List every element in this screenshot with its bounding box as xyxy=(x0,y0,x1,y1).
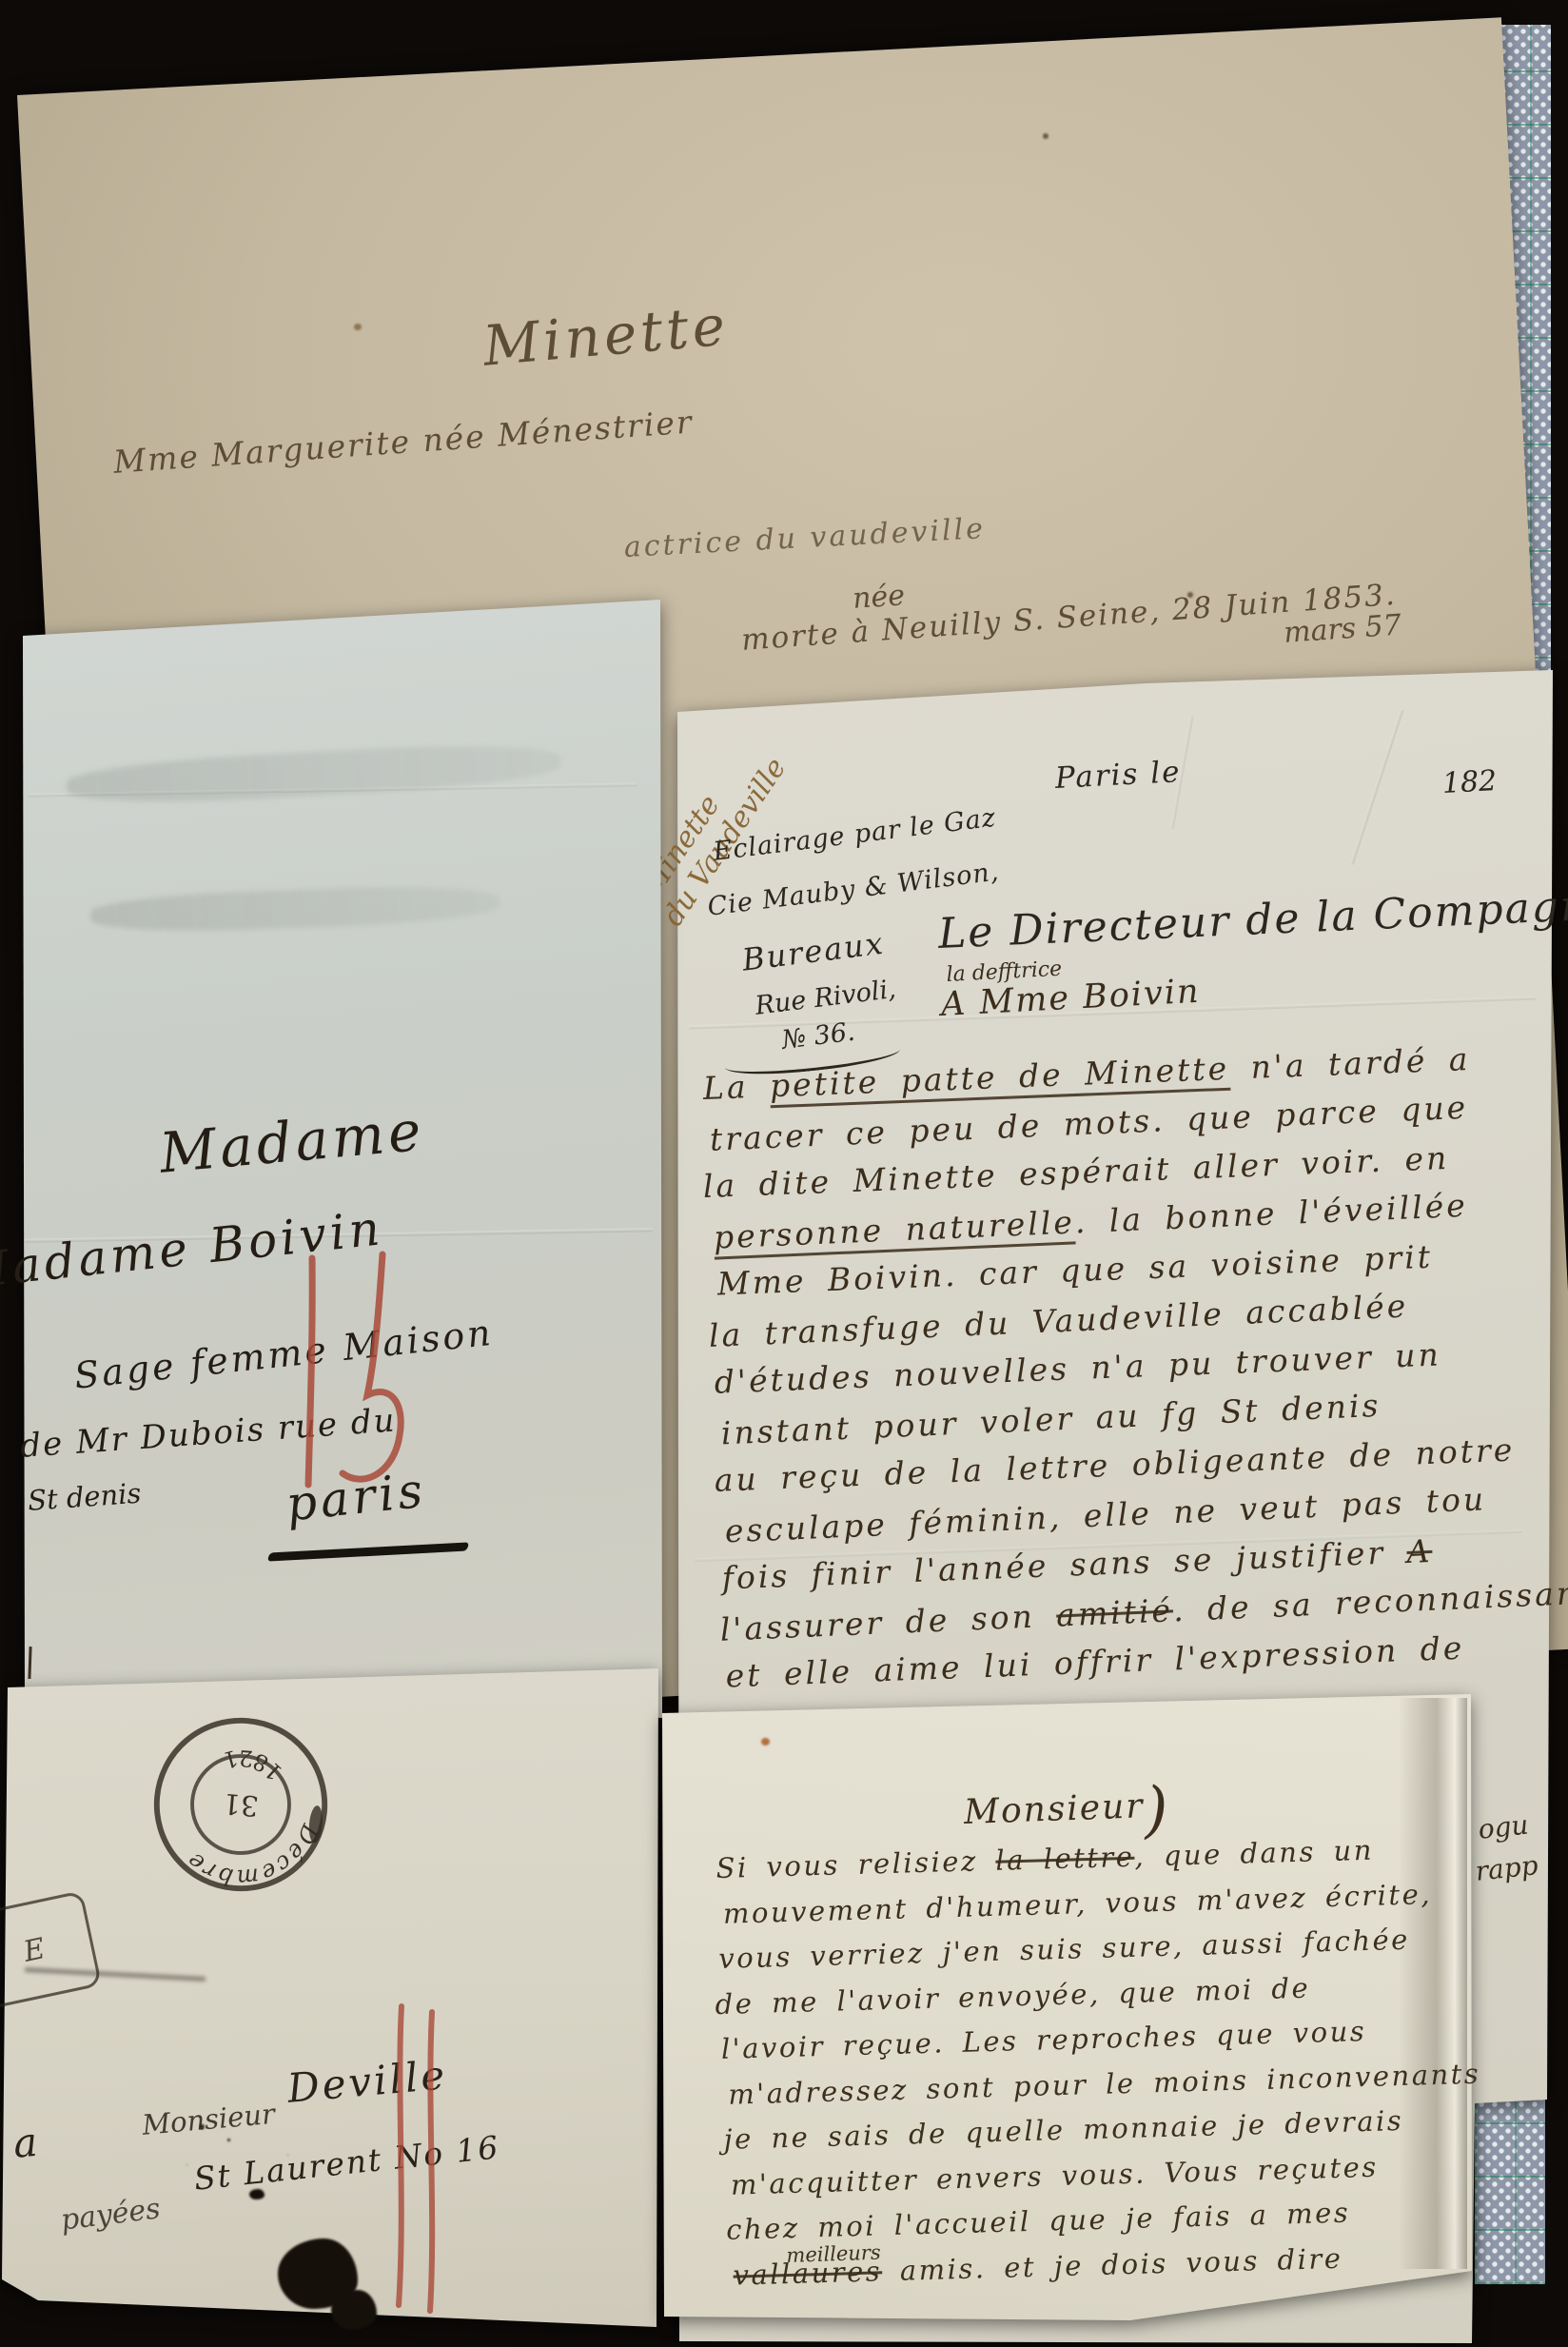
line-segment: , que dans un xyxy=(1134,1834,1374,1873)
line-segment: n'a tardé a xyxy=(1228,1040,1471,1087)
dateline-city: Paris le xyxy=(1054,755,1182,796)
line-segment: La xyxy=(702,1067,771,1107)
line-segment: . la bonne l'éveillée xyxy=(1074,1186,1469,1240)
postmark-day: 31 xyxy=(222,1787,260,1823)
circular-datestamp-decembre-1821: Décembre 1821 31 xyxy=(140,1704,342,1905)
covered-line-fragment: rapp xyxy=(1474,1849,1539,1887)
entry-stamp-letter: E xyxy=(21,1932,49,1969)
reproach-salutation-word: Monsieur xyxy=(963,1786,1145,1832)
ink-speckle xyxy=(200,2124,205,2129)
svg-text:1821: 1821 xyxy=(214,1743,289,1787)
photograph-of-historical-letters: Minette Mme Marguerite née Ménestrier ac… xyxy=(0,0,1568,2347)
album-note-born: née xyxy=(852,579,906,616)
line-segment: l'assurer de son xyxy=(719,1596,1057,1647)
interline-insert-word: meilleurs xyxy=(786,2241,881,2267)
line-segment: amitié xyxy=(1055,1591,1173,1633)
foxing-spot xyxy=(761,1738,770,1745)
postal-rate-mark-15 xyxy=(284,1245,417,1494)
ink-blot xyxy=(331,2290,377,2330)
line-segment: amis. et je dois vous dire xyxy=(882,2241,1343,2287)
dateline-year: 182 xyxy=(1441,764,1498,800)
covered-line-fragment: ogu xyxy=(1477,1808,1530,1844)
foxing-spot xyxy=(354,324,362,330)
postmark-year: 1821 xyxy=(214,1743,289,1787)
reproach-letter-body: Si vous relisiez la lettre, que dans unm… xyxy=(715,1825,1489,2298)
ink-blot xyxy=(249,2189,265,2199)
gas-letter-body: La petite patte de Minette n'a tardé atr… xyxy=(702,1031,1568,1701)
postal-rate-mark-11 xyxy=(382,1997,449,2315)
deville-prefix: a xyxy=(11,2119,39,2167)
foxing-spot xyxy=(1187,592,1193,598)
line-segment: Si vous relisiez xyxy=(715,1844,996,1884)
line-segment: A xyxy=(1406,1532,1433,1570)
foxing-spot xyxy=(1043,133,1049,139)
line-segment: la lettre xyxy=(995,1841,1135,1877)
